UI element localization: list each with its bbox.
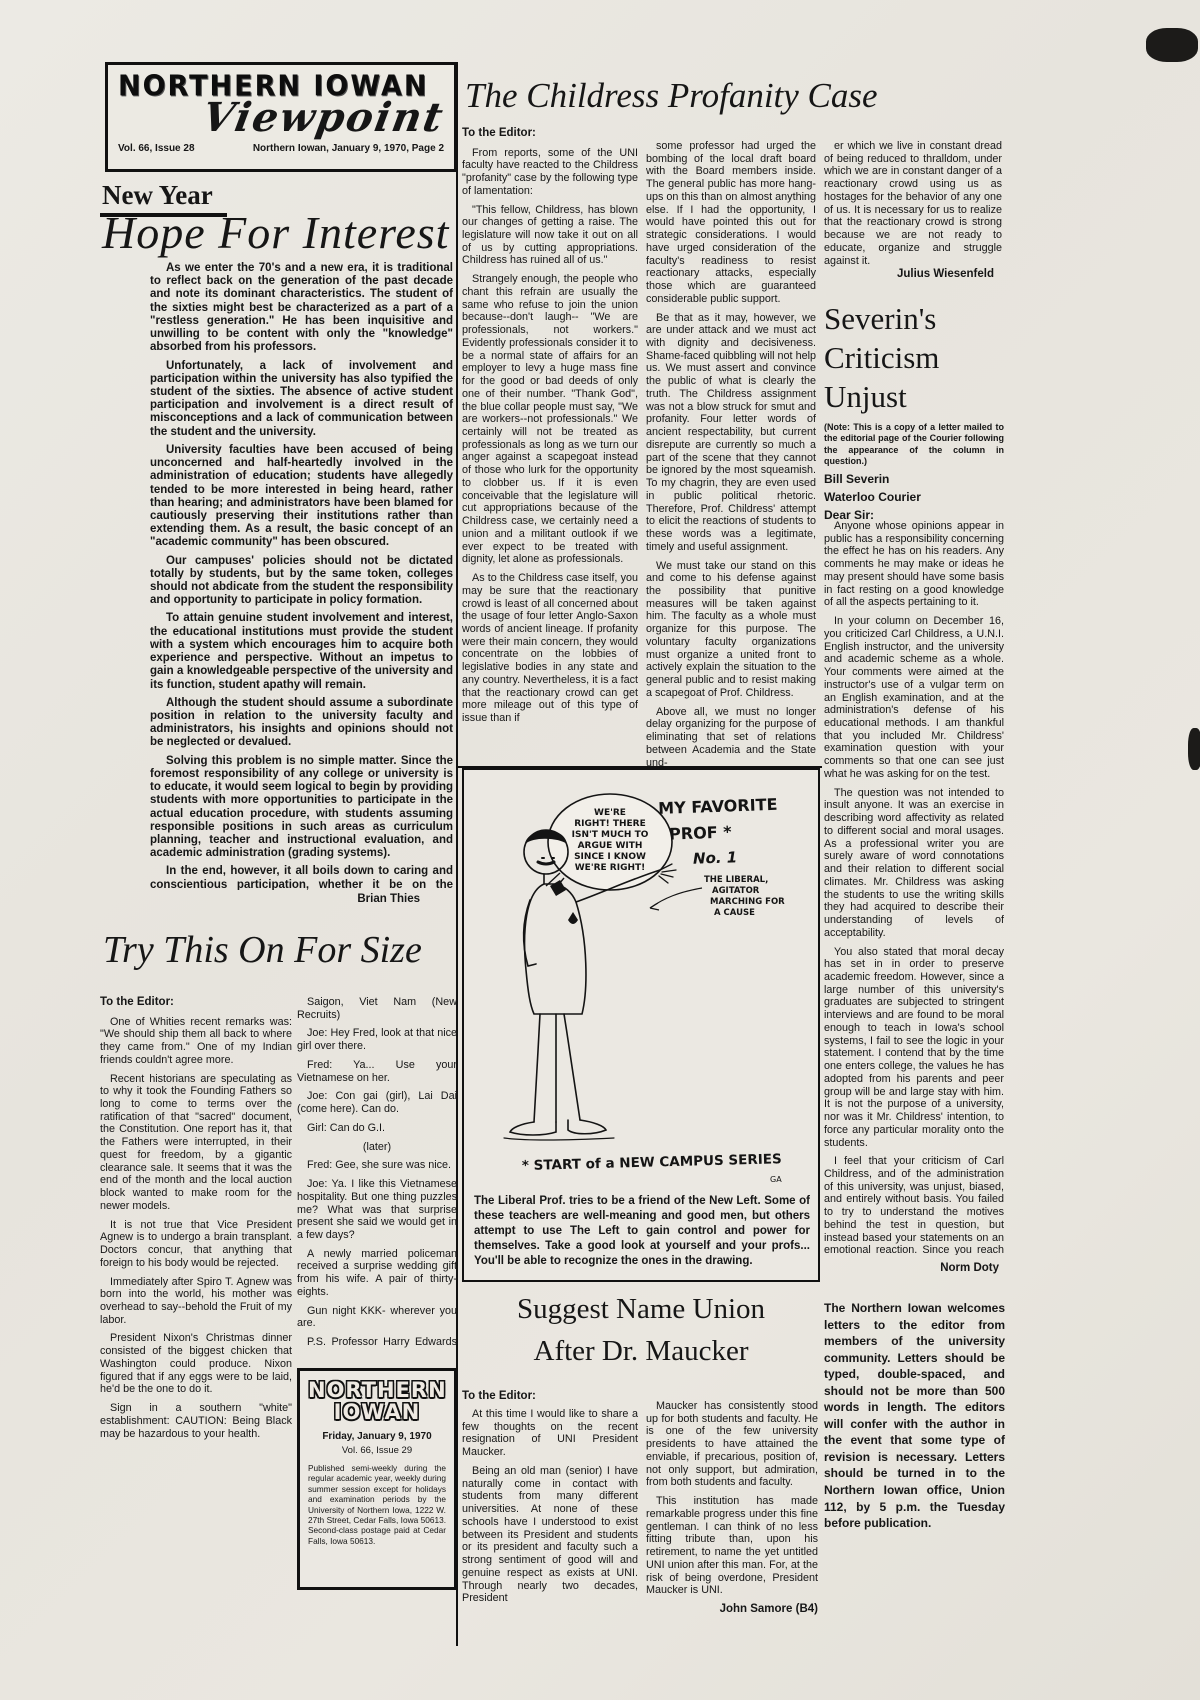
letter-paragraph: Be that as it may, however, we are under…: [646, 312, 816, 554]
label-arrow: [650, 888, 702, 908]
maucker-column-2: Maucker has consistently stood up for bo…: [646, 1400, 818, 1640]
editorial-paragraph: As we enter the 70's and a new era, it i…: [150, 262, 453, 355]
editorial-paragraph: To attain genuine student involvement an…: [150, 612, 453, 691]
newspaper-page: NORTHERN IOWAN Viewpoint Vol. 66, Issue …: [0, 0, 1200, 1700]
dialog-line: Girl: Can do G.I.: [297, 1122, 457, 1135]
letter-paragraph: Maucker has consistently stood up for bo…: [646, 1400, 818, 1489]
letter-paragraph: At this time I would like to share a few…: [462, 1408, 638, 1459]
letter-paragraph: "This fellow, Childress, has blown our c…: [462, 204, 638, 268]
severin-headline: Severin's Criticism Unjust: [824, 300, 1004, 416]
letter-paragraph: Anyone whose opinions appear in public h…: [824, 520, 1004, 609]
letters-policy: The Northern Iowan welcomes letters to t…: [824, 1300, 1005, 1532]
letter-paragraph: From reports, some of the UNI faculty ha…: [462, 147, 638, 198]
addressee-publication: Waterloo Courier: [824, 488, 1004, 506]
bubble-text-line: WE'RE RIGHT!: [575, 863, 645, 873]
bubble-text-line: ARGUE WITH: [578, 841, 643, 851]
publication-logo-line1: NORTHERN: [308, 1379, 446, 1401]
scan-artifact: [1188, 728, 1200, 770]
severin-byline: Norm Doty: [824, 1262, 999, 1274]
cartoon-title-line: MY FAVORITE: [658, 795, 778, 818]
bubble-text-line: WE'RE: [594, 808, 626, 818]
publication-fine-print: Published semi-weekly during the regular…: [308, 1463, 446, 1546]
editorial-byline: Brian Thies: [250, 893, 420, 905]
letter-paragraph: Immediately after Spiro T. Agnew was bor…: [100, 1276, 292, 1327]
cartoon-panel: MY FAVORITE PROF * No. 1 WE'RE RIGHT! TH…: [462, 768, 820, 1282]
letter-paragraph: some professor had urged the bombing of …: [646, 140, 816, 306]
letter-paragraph: Being an old man (senior) I have natural…: [462, 1465, 638, 1605]
letter-paragraph: Strangely enough, the people who chant t…: [462, 273, 638, 566]
try-column-1: To the Editor: One of Whities recent rem…: [100, 996, 292, 1564]
letter-paragraph: This institution has made remarkable pro…: [646, 1495, 818, 1597]
cartoon-label-line: A CAUSE: [714, 908, 755, 918]
letter-paragraph: Recent historians are speculating as to …: [100, 1073, 292, 1213]
try-headline: Try This On For Size: [103, 928, 463, 972]
cartoon-footnote: * START of a NEW CAMPUS SERIES: [522, 1151, 782, 1174]
letter-paragraph: We must take our stand on this and come …: [646, 560, 816, 700]
editorial-body: As we enter the 70's and a new era, it i…: [150, 262, 453, 890]
editorial-paragraph: Although the student should assume a sub…: [150, 697, 453, 750]
letter-paragraph: As to the Childress case itself, you may…: [462, 572, 638, 725]
dialog-line: Fred: Ya... Use your Vietnamese on her.: [297, 1059, 457, 1084]
try-column-2: Saigon, Viet Nam (New Recruits) Joe: Hey…: [297, 996, 457, 1348]
severin-editor-note: (Note: This is a copy of a letter mailed…: [824, 422, 1004, 467]
publication-issue: Vol. 66, Issue 29: [308, 1445, 446, 1456]
cartoon-drawing: MY FAVORITE PROF * No. 1 WE'RE RIGHT! TH…: [464, 770, 818, 1190]
letter-paragraph: I feel that your criticism of Carl Child…: [824, 1155, 1004, 1255]
editorial-headline: Hope For Interest: [102, 206, 458, 259]
cartoon-title-line: No. 1: [693, 848, 738, 868]
childress-headline: The Childress Profanity Case: [465, 76, 1005, 116]
maucker-headline-line2: After Dr. Maucker: [462, 1330, 820, 1372]
letter-paragraph: A newly married policeman received a sur…: [297, 1248, 457, 1299]
editorial-paragraph: University faculties have been accused o…: [150, 444, 453, 550]
scan-artifact: [1146, 28, 1198, 62]
letter-paragraph: er which we live in constant dread of be…: [824, 140, 1002, 267]
letter-paragraph: You also stated that moral decay has set…: [824, 946, 1004, 1150]
maucker-headline: Suggest Name Union After Dr. Maucker: [462, 1288, 820, 1372]
masthead-volume: Vol. 66, Issue 28: [118, 143, 195, 154]
letter-paragraph: President Nixon's Christmas dinner consi…: [100, 1332, 292, 1396]
cartoon-label-line: THE LIBERAL,: [704, 875, 768, 885]
bubble-text-line: ISN'T MUCH TO: [572, 830, 649, 840]
dialog-line: Joe: Ya. I like this Vietnamese hospital…: [297, 1178, 457, 1242]
publication-info-box: NORTHERN IOWAN Friday, January 9, 1970 V…: [297, 1368, 457, 1590]
bubble-text-line: RIGHT! THERE: [574, 819, 645, 829]
letter-salutation: To the Editor:: [462, 1390, 632, 1402]
letter-paragraph: In your column on December 16, you criti…: [824, 615, 1004, 781]
label-arrowhead: [650, 903, 659, 910]
letter-paragraph: P.S. Professor Harry Edwards didn't quit…: [297, 1336, 457, 1348]
cartoonist-initials: GA: [770, 1175, 782, 1184]
cartoon-label-line: AGITATOR: [712, 886, 760, 896]
letter-salutation: To the Editor:: [462, 127, 638, 141]
maucker-column-1: At this time I would like to share a few…: [462, 1408, 638, 1658]
dialog-line: Joe: Con gai (girl), Lai Dai (come here)…: [297, 1090, 457, 1115]
letter-salutation: To the Editor:: [100, 996, 292, 1010]
letter-paragraph: Above all, we must no longer delay organ…: [646, 706, 816, 767]
editorial-paragraph: In the end, however, it all boils down t…: [150, 865, 453, 890]
childress-column-2: some professor had urged the bombing of …: [646, 140, 816, 767]
editorial-paragraph: Our campuses' policies should not be dic…: [150, 555, 453, 608]
dialog-line: Saigon, Viet Nam (New Recruits): [297, 996, 457, 1021]
childress-byline: Julius Wiesenfeld: [824, 268, 994, 280]
cartoon-label-line: MARCHING FOR: [710, 897, 785, 907]
addressee-name: Bill Severin: [824, 470, 1004, 488]
severin-addressee: Bill Severin Waterloo Courier Dear Sir:: [824, 470, 1004, 524]
maucker-byline: John Samore (B4): [646, 1603, 818, 1617]
masthead-dateline: Northern Iowan, January 9, 1970, Page 2: [253, 143, 444, 154]
dialog-line: Fred: Gee, she sure was nice.: [297, 1159, 457, 1172]
letter-paragraph: One of Whities recent remarks was: "We s…: [100, 1016, 292, 1067]
publication-date: Friday, January 9, 1970: [308, 1431, 446, 1442]
editorial-paragraph: Solving this problem is no simple matter…: [150, 755, 453, 861]
childress-column-1: To the Editor: From reports, some of the…: [462, 127, 638, 767]
maucker-headline-line1: Suggest Name Union: [462, 1288, 820, 1330]
letter-paragraph: The question was not intended to insult …: [824, 787, 1004, 940]
letter-paragraph: Sign in a southern "white" establishment…: [100, 1402, 292, 1440]
dialog-line: (later): [297, 1141, 457, 1154]
cartoon-caption: The Liberal Prof. tries to be a friend o…: [464, 1190, 818, 1269]
editorial-paragraph: Unfortunately, a lack of involvement and…: [150, 360, 453, 439]
cartoon-title-line: PROF *: [669, 822, 733, 843]
publication-logo-line2: IOWAN: [308, 1401, 446, 1423]
masthead-script-title: Viewpoint: [114, 94, 448, 141]
bubble-text-line: SINCE I KNOW: [574, 852, 646, 862]
letter-paragraph: Gun night KKK- wherever you are.: [297, 1305, 457, 1330]
masthead: NORTHERN IOWAN Viewpoint Vol. 66, Issue …: [105, 62, 457, 172]
severin-body: Anyone whose opinions appear in public h…: [824, 520, 1004, 1255]
letter-paragraph: It is not true that Vice President Agnew…: [100, 1219, 292, 1270]
dialog-line: Joe: Hey Fred, look at that nice girl ov…: [297, 1027, 457, 1052]
